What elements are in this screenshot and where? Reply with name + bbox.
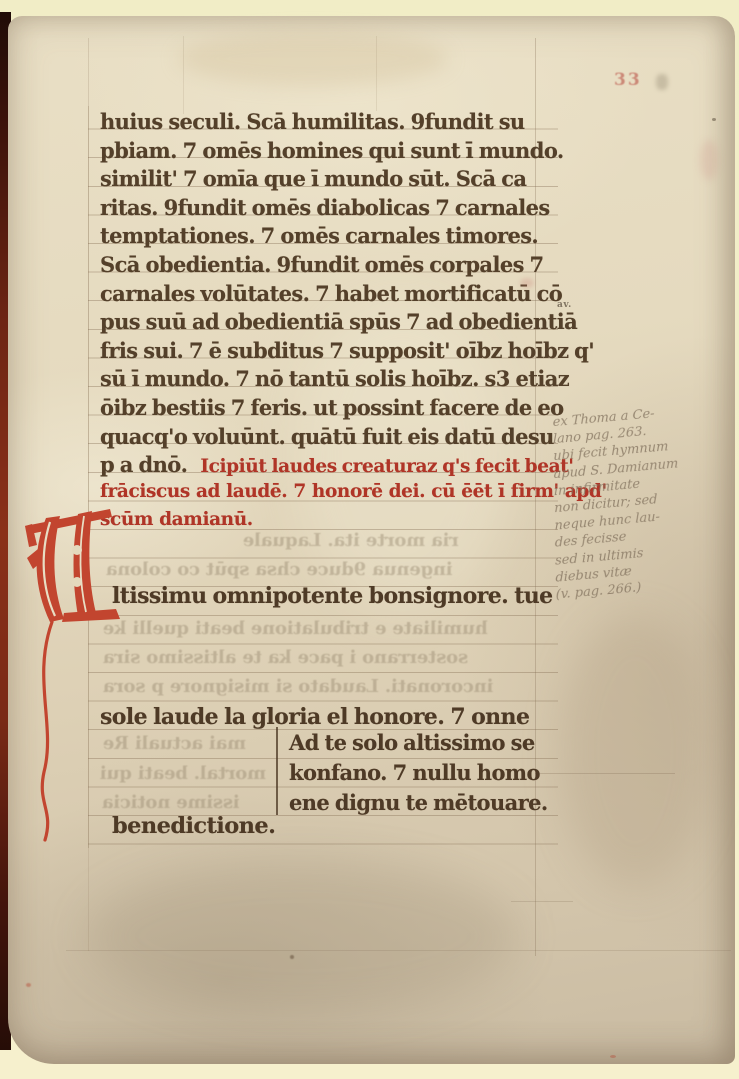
manuscript-line: pus suū ad obedientiā spūs 7 ad obedient… — [100, 309, 577, 336]
parchment-page: 33 huius seculi. Scā humilitas. 9fundit … — [8, 16, 735, 1064]
pink-smudge — [700, 140, 718, 180]
bleedthrough-line: ingenua 9duce chsa spūt co colona — [106, 559, 453, 580]
ink-speck — [290, 955, 294, 959]
margin-tiny-mark: av. — [557, 300, 572, 310]
latin-line-end: p a dnō. — [100, 452, 187, 477]
manuscript-line: pbiam. 7 omēs homines qui sunt ī mundo. — [100, 138, 564, 165]
ink-speck — [712, 118, 716, 121]
rubric-line: frāciscus ad laudē. 7 honorē dei. cū ēēt… — [100, 481, 607, 502]
manuscript-line: similit' 7 omīa que ī mundo sūt. Scā ca — [100, 166, 526, 193]
red-speck — [610, 1055, 616, 1058]
lower-ruling-line — [66, 950, 731, 951]
manuscript-line: huius seculi. Scā humilitas. 9fundit su — [100, 109, 525, 136]
bleedthrough-line: incoronati. Laudato si misignore p sora — [103, 676, 493, 697]
parchment-stain — [178, 31, 448, 86]
ruling-extension — [535, 773, 675, 774]
manuscript-line: sū ī mundo. 7 nō tantū solis hoībz. s3 e… — [100, 366, 569, 393]
red-speck — [26, 983, 31, 987]
bleedthrough-line: humiliate e tribulatione beati quelli ke — [103, 618, 488, 639]
canticle-indent-line: konfano. 7 nullu homo — [289, 760, 540, 785]
manuscript-line: ritas. 9fundit omēs diabolicas 7 carnale… — [100, 195, 550, 222]
folio-number: 33 — [614, 70, 642, 90]
folio-number-smudge — [656, 74, 668, 90]
manuscript-line: quacq'o voluūnt. quātū fuit eis datū des… — [100, 424, 554, 451]
canticle-indent-line: ene dignu te mētouare. — [289, 790, 548, 815]
left-ruling-line-bottom — [88, 848, 89, 951]
crease-line — [376, 36, 377, 111]
manuscript-photo: 33 huius seculi. Scā humilitas. 9fundit … — [0, 0, 739, 1079]
short-ruling-line — [511, 901, 573, 902]
left-ruling-line-top — [88, 38, 89, 106]
canticle-indent-line: Ad te solo altissimo se — [289, 730, 535, 755]
manuscript-line-mixed: p a dnō. Icipiūt laudes creaturaz q's fe… — [100, 452, 574, 479]
illuminated-initial-A — [22, 500, 134, 844]
canticle-line: sole laude la gloria el honore. 7 onne — [100, 704, 529, 730]
manuscript-line: ōibz bestiis 7 feris. ut possint facere … — [100, 395, 563, 422]
manuscript-line: fris sui. 7 ē subditus 7 supposit' oībz … — [100, 338, 594, 365]
manuscript-line: Scā obedientia. 9fundit omēs corpales 7 — [100, 252, 544, 279]
manuscript-line: carnales volūtates. 7 habet mortificatū … — [100, 281, 562, 308]
parchment-stain — [560, 616, 710, 886]
canticle-line: ltissimu omnipotente bonsignore. tue — [112, 583, 553, 609]
rubric-incipit: Icipiūt laudes creaturaz q's fecit beat' — [200, 456, 573, 477]
pink-smudge — [520, 278, 534, 288]
column-separator-stroke — [276, 727, 278, 815]
canticle-line-benedictione: benedictione. — [112, 813, 275, 839]
parchment-stain — [88, 861, 518, 1011]
crease-line — [183, 36, 184, 114]
manuscript-line: temptationes. 7 omēs carnales timores. — [100, 223, 538, 250]
bleedthrough-line: ria morte ita. Laquale — [243, 530, 459, 551]
bleedthrough-line: sosterrano i pace ka te altissimo sira — [103, 647, 468, 668]
margin-note: ex Thoma a Ce- lano pag. 263. ubi fecit … — [553, 403, 681, 604]
